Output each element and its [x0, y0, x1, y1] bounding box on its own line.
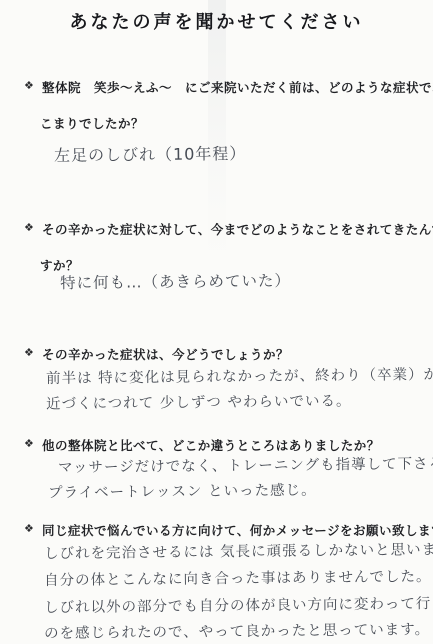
diamond-bullet-icon: ❖: [24, 221, 34, 234]
handwritten-answer: 近づくにつれて 少しずつ やわらいでいる。: [46, 389, 352, 413]
question-text: 整体院 笑歩～えふ～ にご来院いただく前は、どのような症状でお: [42, 78, 433, 96]
handwritten-answer: しびれを完治させるには 気長に頑張るしかないと思います。: [44, 538, 433, 563]
question-text: その辛かった症状に対して、今までどのようなことをされてきたんで: [42, 220, 433, 238]
scanned-questionnaire-page: あなたの声を聞かせてください ❖ 整体院 笑歩～えふ～ にご来院いただく前は、ど…: [0, 0, 433, 644]
handwritten-answer: 特に何も…（あきらめていた）: [60, 269, 291, 293]
question-text: 同じ症状で悩んでいる方に向けて、何かメッセージをお願い致します。: [42, 521, 433, 539]
question-text: その辛かった症状は、今どうでしょうか？: [42, 345, 289, 363]
diamond-bullet-icon: ❖: [24, 522, 34, 535]
diamond-bullet-icon: ❖: [24, 79, 34, 92]
diamond-bullet-icon: ❖: [24, 437, 34, 450]
page-title: あなたの声を聞かせてください: [0, 8, 433, 34]
handwritten-answer: 前半は 特に変化は見られなかったが、終わり（卒業）が: [46, 363, 433, 388]
question-text: こまりでしたか？: [40, 114, 144, 132]
handwritten-answer: のを感じられたので、やって良かったと思っています。: [44, 618, 430, 643]
handwritten-answer: プライベートレッスン といった感じ。: [48, 479, 317, 503]
question-text: 他の整体院と比べて、どこか違うところはありましたか？: [42, 436, 380, 454]
handwritten-answer: 左足のしびれ（10年程）: [54, 141, 247, 166]
handwritten-answer: マッサージだけでなく、トレーニングも指導して下さるので: [58, 452, 433, 477]
handwritten-answer: しびれ以外の部分でも自分の体が良い方向に変わって行った: [44, 592, 433, 617]
handwritten-answer: 自分の体とこんなに向き合った事はありませんでした。: [44, 565, 432, 590]
diamond-bullet-icon: ❖: [24, 346, 34, 359]
